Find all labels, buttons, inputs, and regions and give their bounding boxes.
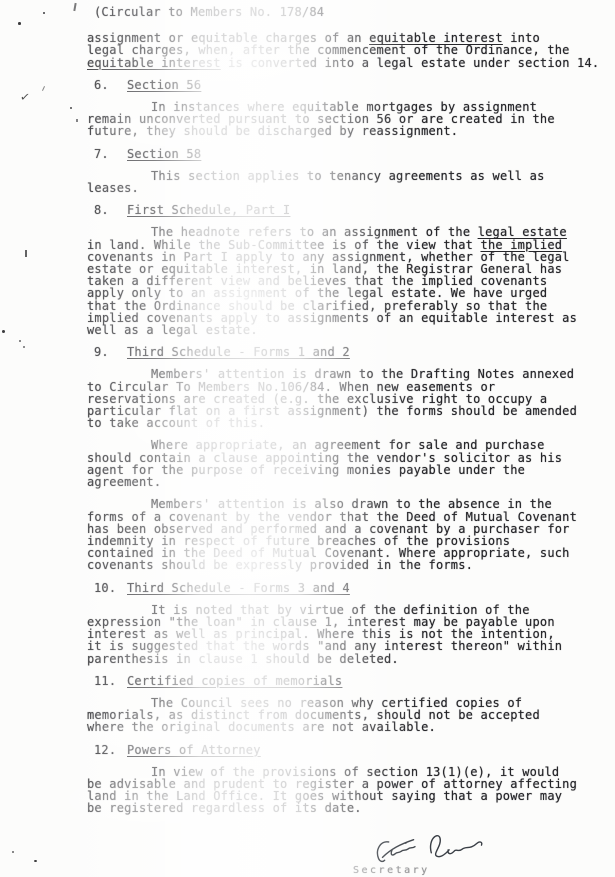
section-title: Certified copies of memorials (127, 674, 342, 688)
section-number: 6. (94, 79, 127, 91)
section-heading: 12.Powers of Attorney (87, 744, 615, 756)
paragraph: Members' attention is also drawn to the … (87, 498, 615, 571)
scan-speckle (43, 12, 45, 14)
section-heading: 9.Third Schedule - Forms 1 and 2 (87, 346, 615, 358)
section-title: Powers of Attorney (127, 743, 261, 757)
paragraph: The headnote refers to an assignment of … (87, 226, 615, 336)
section-heading: 7.Section 58 (87, 148, 615, 160)
sections-container: assignment or equitable charges of an eq… (87, 32, 615, 814)
scanned-document-page: ✓ (Circular to Members No. 178/84 assign… (0, 0, 615, 877)
paragraph: This section applies to tenancy agreemen… (87, 170, 615, 194)
section-heading: 11.Certified copies of memorials (87, 675, 615, 687)
scan-speckle (25, 250, 27, 257)
section-number: 10. (94, 582, 127, 594)
section-heading: 10.Third Schedule - Forms 3 and 4 (87, 582, 615, 594)
paragraph: Where appropriate, an agreement for sale… (87, 439, 615, 488)
section-number: 11. (94, 675, 127, 687)
section-heading: 8.First Schedule, Part I (87, 204, 615, 216)
section-number: 7. (94, 148, 127, 160)
section-heading: 6.Section 56 (87, 79, 615, 91)
scan-speckle (73, 3, 76, 11)
scan-speckle (70, 107, 72, 109)
scan-speckle (18, 22, 21, 25)
section-number: 8. (94, 204, 127, 216)
scan-speckle (76, 119, 78, 122)
section-title: Section 56 (127, 78, 201, 92)
scan-speckle (19, 340, 21, 342)
margin-checkmark: ✓ (19, 89, 31, 104)
paragraph: In instances where equitable mortgages b… (87, 101, 615, 138)
scan-speckle (23, 346, 25, 348)
scan-speckle (12, 851, 14, 853)
scan-speckle (2, 330, 5, 333)
section-number: 9. (94, 346, 127, 358)
section-title: First Schedule, Part I (127, 203, 290, 217)
circular-reference: (Circular to Members No. 178/84 (87, 6, 615, 18)
paragraph: assignment or equitable charges of an eq… (87, 32, 615, 69)
section-title: Section 58 (127, 147, 201, 161)
section-number: 12. (94, 744, 127, 756)
scan-speckle (34, 860, 37, 862)
signatory-title: Secretary (353, 865, 430, 876)
paragraph: Members' attention is drawn to the Draft… (87, 368, 615, 429)
paragraph: In view of the provisions of section 13(… (87, 766, 615, 815)
section-title: Third Schedule - Forms 3 and 4 (127, 581, 350, 595)
section-title: Third Schedule - Forms 1 and 2 (127, 345, 350, 359)
signature-image (366, 823, 488, 869)
signature-block: Secretary (87, 825, 615, 877)
paragraph: The Council sees no reason why certified… (87, 697, 615, 734)
document-body: (Circular to Members No. 178/84 assignme… (87, 6, 615, 877)
scan-speckle (42, 86, 45, 91)
paragraph: It is noted that by virtue of the defini… (87, 604, 615, 665)
